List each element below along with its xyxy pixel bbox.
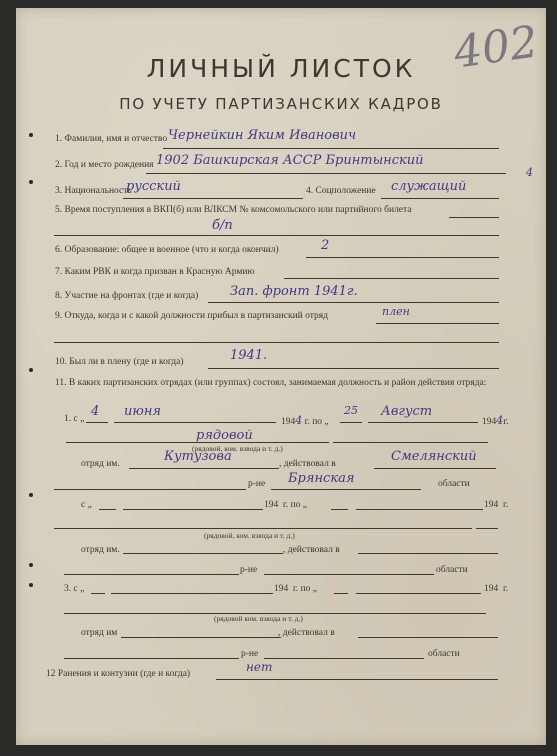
entry-1-otryad[interactable]: Кутузова	[164, 449, 232, 464]
field-6-value[interactable]: 2	[321, 238, 329, 253]
margin-mark	[29, 180, 33, 184]
entry-2-num: с „	[81, 500, 92, 510]
entry-1-district-line-b	[271, 489, 421, 490]
year-prefix: 194	[274, 584, 288, 594]
field-3-label: 3. Национальность	[55, 186, 132, 196]
field-2-margin-note: 4	[526, 166, 533, 179]
entry-2-district-label: р-не	[240, 565, 257, 575]
entry-3-region-label: области	[428, 649, 460, 659]
field-9-line-b	[54, 342, 499, 343]
entry-2-from-year: 194 г. по „	[264, 500, 307, 510]
field-4-label: 4. Соцположение	[306, 186, 376, 196]
entry-2-acted-line	[358, 553, 498, 554]
entry-2-district-line-a	[64, 574, 239, 575]
entry-2-to-year: 194 г.	[484, 500, 508, 510]
entry-3-num: 3. с „	[64, 584, 84, 594]
entry-2-position-line-b	[476, 528, 498, 529]
field-10-line	[208, 368, 499, 369]
entry-3-from-year: 194 г. по „	[274, 584, 317, 594]
entry-1-region[interactable]: Брянская	[288, 471, 354, 486]
margin-mark	[29, 493, 33, 497]
personal-record-sheet: 402 ЛИЧНЫЙ ЛИСТОК ПО УЧЕТУ ПАРТИЗАНСКИХ …	[16, 8, 546, 745]
page-subtitle: ПО УЧЕТУ ПАРТИЗАНСКИХ КАДРОВ	[16, 95, 546, 113]
entry-1-from-month-line	[114, 422, 276, 423]
field-1-value[interactable]: Чернейкин Яким Иванович	[168, 128, 356, 143]
field-11-label-text: 11. В каких партизанских отрядах (или гр…	[55, 378, 486, 388]
entry-1-position-line-b	[333, 442, 488, 443]
field-4-line	[381, 198, 499, 199]
entry-3-to-year: 194 г.	[484, 584, 508, 594]
margin-mark	[29, 583, 33, 587]
field-8-line	[208, 302, 499, 303]
entry-2-to-month-line	[356, 509, 483, 510]
field-6-line	[306, 257, 499, 258]
field-12-value[interactable]: нет	[246, 660, 272, 674]
field-8-value[interactable]: Зап. фронт 1941г.	[230, 284, 358, 299]
margin-mark	[29, 368, 33, 372]
field-10-label: 10. Был ли в плену (где и когда)	[55, 357, 184, 367]
entry-1-to-day-line	[340, 422, 362, 423]
entry-1-region-label: области	[438, 479, 470, 489]
field-5-value[interactable]: б/п	[212, 218, 233, 233]
year-prefix: 194	[281, 417, 295, 427]
page-title: ЛИЧНЫЙ ЛИСТОК	[16, 54, 546, 83]
entry-3-to-day-line	[334, 593, 348, 594]
entry-2-district-line-b	[264, 574, 434, 575]
year-prefix: 194	[482, 417, 496, 427]
entry-1-position[interactable]: рядовой	[196, 428, 253, 443]
field-7-line	[284, 278, 499, 279]
field-7-label: 7. Каким РВК и когда призван в Красную А…	[55, 267, 255, 277]
entry-1-from-year: 1944 г. по „	[281, 414, 329, 427]
field-12-line	[216, 679, 498, 680]
entry-2-from-month-line	[123, 509, 263, 510]
field-3-value[interactable]: русский	[126, 179, 181, 194]
entry-1-acted-label: , действовал в	[279, 459, 336, 469]
entry-2-acted-label: , действовал в	[283, 545, 340, 555]
entry-3-acted-label: , действовал в	[278, 628, 335, 638]
field-2-value[interactable]: 1902 Башкирская АССР Бринтынский	[156, 153, 424, 168]
field-2-line	[146, 173, 506, 174]
entry-1-to-month-line	[368, 422, 478, 423]
entry-3-otryad-line	[121, 637, 281, 638]
entry-3-acted-line	[358, 637, 498, 638]
margin-mark	[29, 563, 33, 567]
entry-3-position-line-b	[356, 613, 486, 614]
entry-1-from-day-line	[86, 422, 108, 423]
entry-1-from-day[interactable]: 4	[91, 404, 99, 419]
entry-3-from-day-line	[91, 593, 105, 594]
entry-3-district-line-a	[64, 658, 239, 659]
entry-1-position-line-a	[66, 442, 329, 443]
year-prefix: 194	[484, 500, 498, 510]
entry-3-district-line-b	[264, 658, 424, 659]
field-1-label: 1. Фамилия, имя и отчество	[55, 134, 167, 144]
entry-1-otryad-label: отряд им.	[81, 459, 120, 469]
field-11-label: 11. В каких партизанских отрядах (или гр…	[55, 377, 505, 390]
entry-2-position-hint: (рядовой, ком. взвода и т. д.)	[204, 531, 295, 540]
field-5-line-b	[54, 235, 499, 236]
entry-2-to-day-line	[331, 509, 348, 510]
entry-3-to-month-line	[356, 593, 481, 594]
field-9-line-a	[376, 323, 499, 324]
field-9-label: 9. Откуда, когда и с какой должности при…	[55, 311, 328, 321]
year-suffix-label: г.	[503, 584, 508, 594]
to-prefix: г. по „	[293, 584, 317, 594]
year-suffix-handwritten[interactable]: 4	[295, 414, 302, 427]
entry-2-region-label: области	[436, 565, 468, 575]
entry-1-acted-line	[374, 468, 496, 469]
entry-1-otryad-line	[129, 468, 279, 469]
entry-1-to-month[interactable]: Август	[381, 404, 432, 419]
field-9-value[interactable]: плен	[382, 305, 410, 318]
entry-1-from-month[interactable]: июня	[124, 404, 161, 419]
year-suffix-label: г.	[503, 417, 508, 427]
to-prefix: г. по „	[283, 500, 307, 510]
field-12-label: 12 Ранения и контузии (где и когда)	[46, 669, 190, 679]
entry-2-position-line-a	[54, 528, 472, 529]
entry-3-position-hint: (рядовой ком. взвода и т. д.)	[214, 614, 303, 623]
entry-1-district-label: р-не	[248, 479, 265, 489]
field-3-line	[123, 198, 303, 199]
to-prefix: г. по „	[305, 417, 329, 427]
entry-3-from-month-line	[111, 593, 273, 594]
field-5-label: 5. Время поступления в ВКП(б) или ВЛКСМ …	[55, 205, 412, 215]
year-suffix-label: г.	[503, 500, 508, 510]
field-1-line	[163, 148, 499, 149]
field-5-line-a	[449, 217, 499, 218]
entry-1-district-line-a	[54, 489, 246, 490]
entry-2-otryad-label: отряд им.	[81, 545, 120, 555]
field-4-value[interactable]: служащий	[391, 179, 466, 194]
year-prefix: 194	[484, 584, 498, 594]
margin-mark	[29, 133, 33, 137]
entry-1-num: 1. с „	[64, 414, 84, 424]
entry-1-acted-in[interactable]: Смелянский	[391, 449, 477, 464]
entry-3-otryad-label: отряд им	[81, 628, 117, 638]
entry-2-otryad-line	[123, 553, 283, 554]
year-prefix: 194	[264, 500, 278, 510]
field-2-label: 2. Год и место рождения	[55, 160, 154, 170]
field-6-label: 6. Образование: общее и военное (что и к…	[55, 245, 279, 255]
field-10-value[interactable]: 1941.	[230, 348, 267, 363]
entry-3-district-label: р-не	[241, 649, 258, 659]
entry-1-to-day[interactable]: 25	[344, 404, 358, 417]
field-8-label: 8. Участие на фронтах (где и когда)	[55, 291, 198, 301]
entry-1-to-year: 1944г.	[482, 414, 508, 427]
entry-2-from-day-line	[99, 509, 116, 510]
